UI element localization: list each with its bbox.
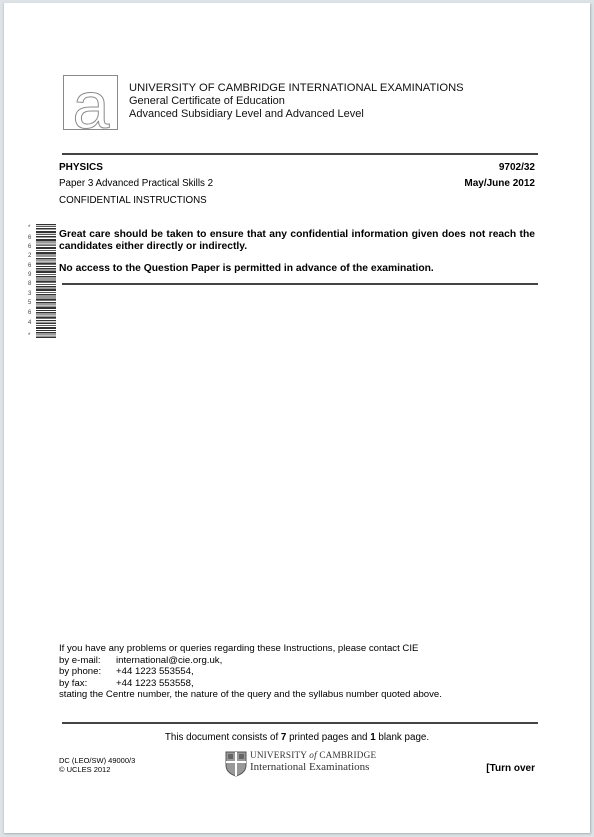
cambridge-logo-line2: International Examinations [250,761,369,773]
svg-text:*: * [28,333,31,339]
svg-text:6: 6 [28,235,32,241]
divider-top [62,153,538,155]
copyright: © UCLES 2012 [59,765,110,774]
document-type: CONFIDENTIAL INSTRUCTIONS [59,195,207,206]
svg-text:9: 9 [28,272,32,278]
certificate-name: General Certificate of Education [129,95,285,108]
contact-closing: stating the Centre number, the nature of… [59,689,442,701]
svg-text:3: 3 [28,291,32,297]
reference-code: DC (LEO/SW) 49000/3 [59,756,135,765]
svg-text:4: 4 [28,320,32,326]
email-value: international@cie.org.uk, [116,655,222,666]
warning-confidential-line1: Great care should be taken to ensure tha… [59,229,535,240]
exam-session: May/June 2012 [464,178,535,189]
letter-a-icon: a [64,76,118,130]
contact-block: If you have any problems or queries rega… [59,643,442,701]
warning-confidential-line2: candidates either directly or indirectly… [59,241,247,252]
organisation-name: UNIVERSITY OF CAMBRIDGE INTERNATIONAL EX… [129,82,464,95]
svg-text:*: * [28,225,31,231]
page-count-note: This document consists of 7 printed page… [4,732,590,743]
contact-email-row: by e-mail:international@cie.org.uk, [59,655,442,667]
paper-title: Paper 3 Advanced Practical Skills 2 [59,178,213,189]
divider-warnings [62,283,538,285]
svg-text:6: 6 [28,244,32,250]
phone-label: by phone: [59,666,116,678]
svg-text:2: 2 [28,253,32,259]
fax-label: by fax: [59,678,116,690]
cambridge-logo-line1: UNIVERSITY of CAMBRIDGE [250,750,376,760]
divider-footer [62,722,538,724]
svg-text:a: a [73,76,110,130]
email-label: by e-mail: [59,655,116,667]
cie-a-logo: a [63,75,118,130]
contact-intro: If you have any problems or queries rega… [59,643,442,655]
barcode-icon: *66 269 835 64* [27,224,57,339]
svg-text:8: 8 [28,281,32,287]
svg-text:5: 5 [28,300,32,306]
contact-fax-row: by fax:+44 1223 553558, [59,678,442,690]
svg-text:6: 6 [28,263,32,269]
document-page: a UNIVERSITY OF CAMBRIDGE INTERNATIONAL … [3,3,590,833]
cambridge-shield-icon [225,751,247,777]
svg-text:6: 6 [28,310,32,316]
level-name: Advanced Subsidiary Level and Advanced L… [129,108,364,121]
turn-over-note: [Turn over [486,763,535,774]
warning-no-access: No access to the Question Paper is permi… [59,263,434,274]
fax-value: +44 1223 553558, [116,678,194,689]
subject-title: PHYSICS [59,162,103,173]
phone-value: +44 1223 553554, [116,666,194,677]
syllabus-code: 9702/32 [499,162,535,173]
contact-phone-row: by phone:+44 1223 553554, [59,666,442,678]
